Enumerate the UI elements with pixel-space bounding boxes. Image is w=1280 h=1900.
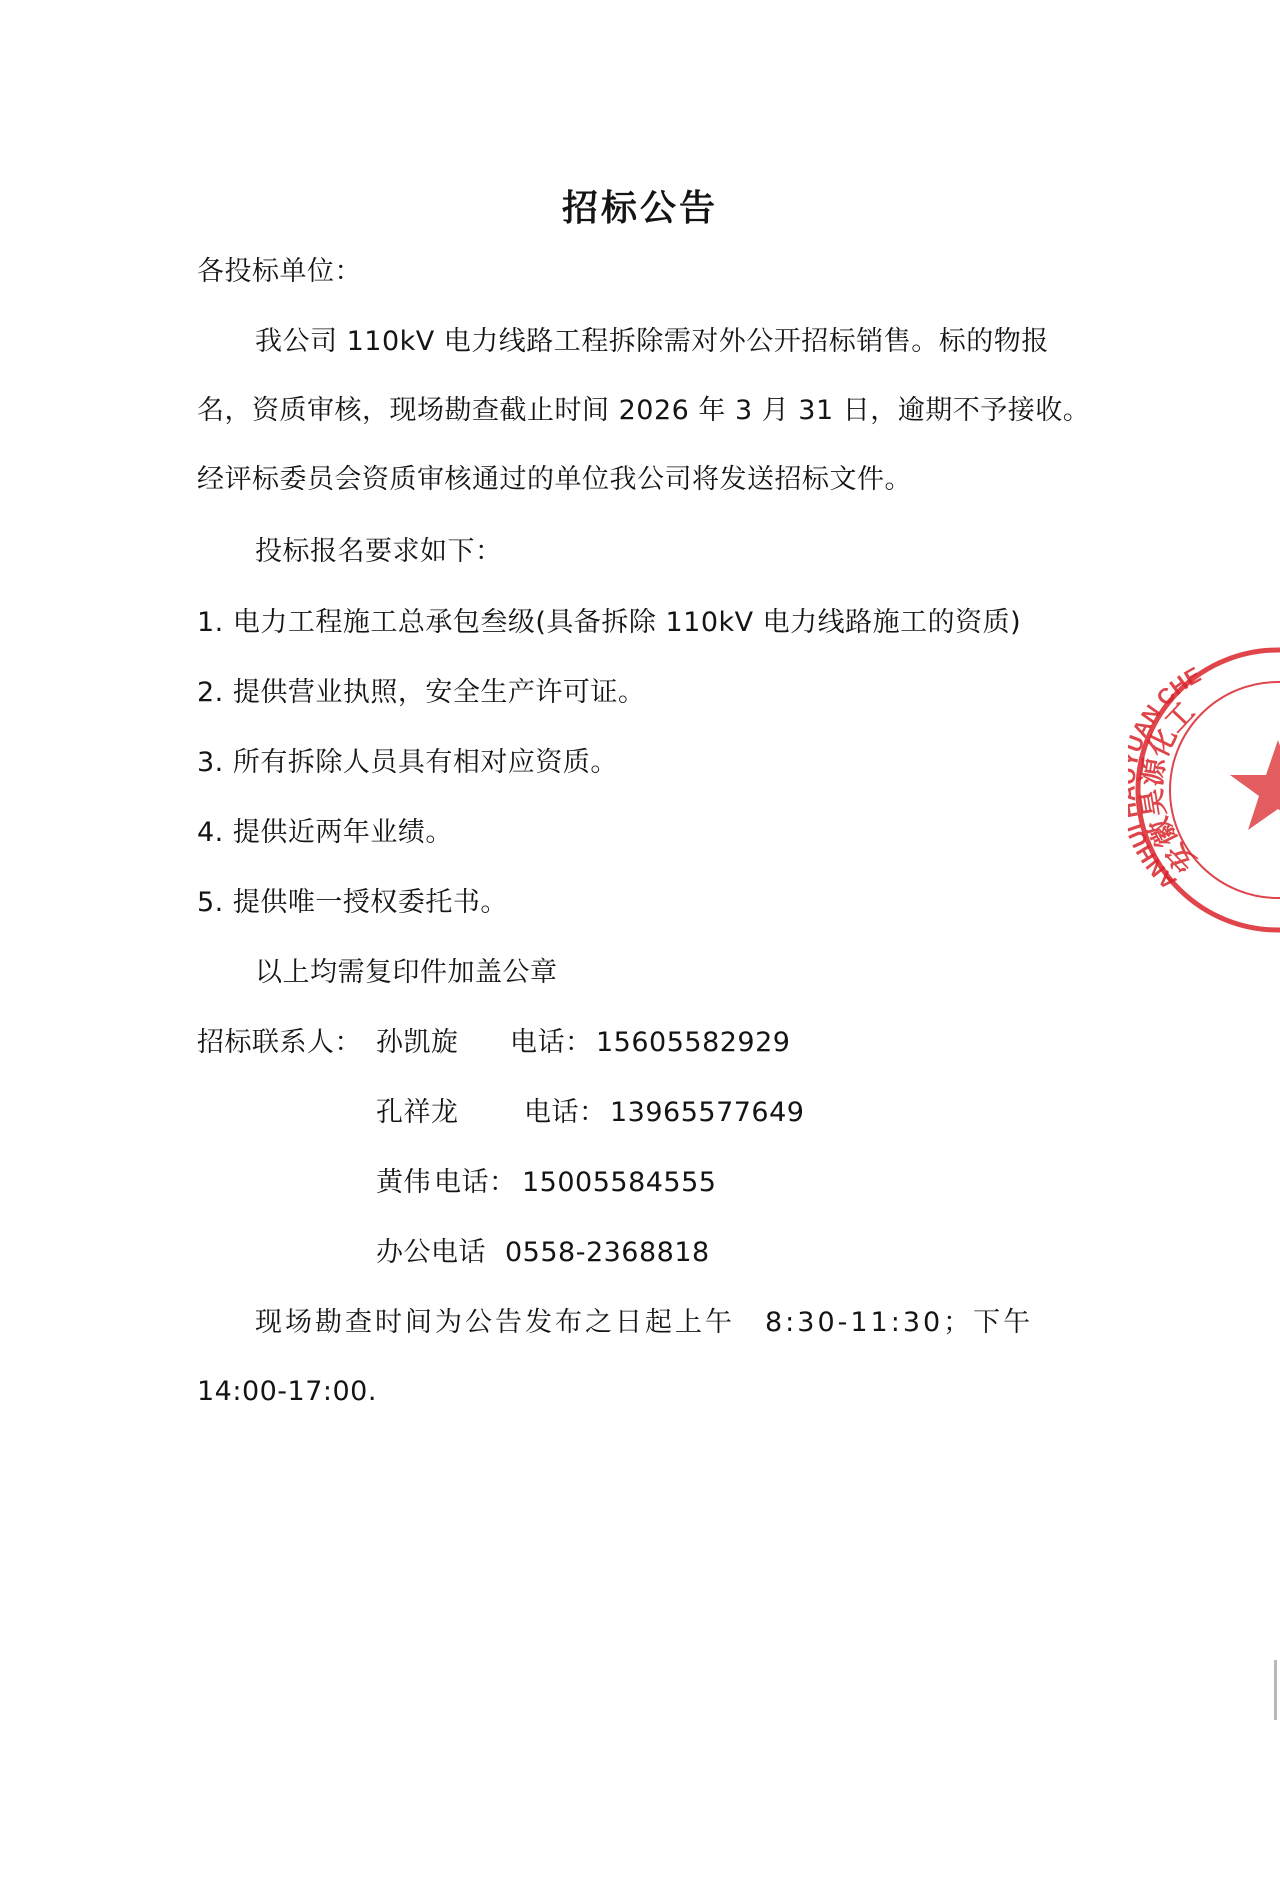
seal-icon: ANHUI HAOYUAN CHE 安徽昊源化工 xyxy=(1128,640,1280,940)
contact-phone: 15605582929 xyxy=(596,1026,790,1060)
contact-phone-label: 电话： xyxy=(434,1166,517,1200)
survey-time-line-2: 14:00-17:00. xyxy=(197,1375,377,1409)
contact-name: 孙凯旋 xyxy=(376,1026,459,1060)
contacts-label: 招标联系人： xyxy=(197,1026,362,1060)
intro-line-3: 经评标委员会资质审核通过的单位我公司将发送招标文件。 xyxy=(197,463,912,497)
contact-phone: 15005584555 xyxy=(522,1166,716,1200)
document-title: 招标公告 xyxy=(0,180,1280,231)
contact-phone-label: 电话： xyxy=(510,1026,593,1060)
seal-note: 以上均需复印件加盖公章 xyxy=(255,956,558,990)
requirement-item: 4. 提供近两年业绩。 xyxy=(197,816,453,850)
requirement-item: 5. 提供唯一授权委托书。 xyxy=(197,886,508,920)
scan-edge-mark xyxy=(1274,1660,1277,1720)
contact-phone: 13965577649 xyxy=(610,1096,804,1130)
survey-time-line-1: 现场勘查时间为公告发布之日起上午 8:30-11:30；下午 xyxy=(255,1306,1033,1340)
contact-phone-label: 电话： xyxy=(524,1096,607,1130)
requirement-item: 1. 电力工程施工总承包叁级(具备拆除 110kV 电力线路施工的资质) xyxy=(197,606,1021,640)
contact-name: 黄伟 xyxy=(376,1166,431,1200)
requirement-item: 3. 所有拆除人员具有相对应资质。 xyxy=(197,746,618,780)
intro-line-2: 名，资质审核，现场勘查截止时间 2026 年 3 月 31 日，逾期不予接收。 xyxy=(197,394,1090,428)
company-seal-stamp: ANHUI HAOYUAN CHE 安徽昊源化工 xyxy=(1128,640,1280,940)
tender-announcement-page: 招标公告 各投标单位： 我公司 110kV 电力线路工程拆除需对外公开招标销售。… xyxy=(0,0,1280,1900)
salutation: 各投标单位： xyxy=(197,255,362,289)
office-phone-label: 办公电话 xyxy=(376,1236,486,1270)
office-phone: 0558-2368818 xyxy=(505,1236,710,1270)
requirements-heading: 投标报名要求如下： xyxy=(255,535,503,569)
contact-name: 孔祥龙 xyxy=(376,1096,459,1130)
requirement-item: 2. 提供营业执照，安全生产许可证。 xyxy=(197,676,645,710)
intro-line-1: 我公司 110kV 电力线路工程拆除需对外公开招标销售。标的物报 xyxy=(255,325,1049,359)
